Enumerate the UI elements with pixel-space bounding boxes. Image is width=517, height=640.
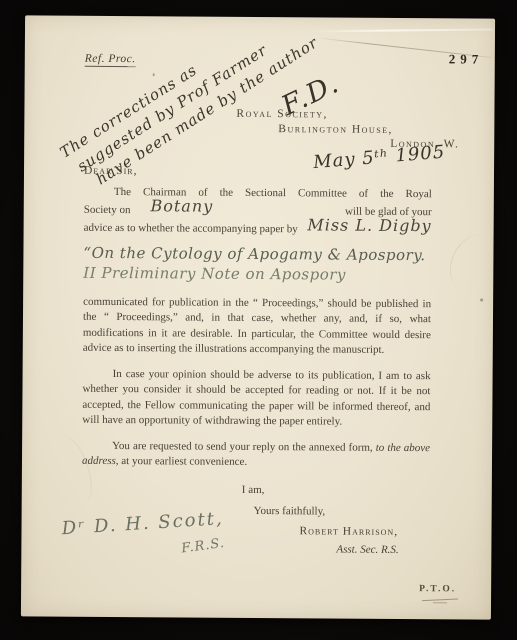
paragraph1-line3: advice as to whether the accompanying pa… [84,217,432,237]
ref-proc-label: Ref. Proc. [85,53,136,67]
letter-body: Dear Sir, The Chairman of the Sectional … [81,164,432,558]
photo-background: Ref. Proc. 297 The corrections as sugges… [0,0,517,640]
paragraph1-line3-text: advice as to whether the accompanying pa… [84,219,298,236]
line-spacer [213,213,345,214]
closing-i-am: I am, [242,482,430,498]
paragraph1-line1: The Chairman of the Sectional Committee … [84,183,432,201]
printers-imprint [422,599,458,603]
handwritten-paper-title-line1: “On the Cytology of Apogamy & Apospory. [83,242,431,264]
paper-speck [480,299,483,302]
pto-label: P.T.O. [419,584,456,594]
letterhead-address-line1: Burlington House, [278,123,393,136]
signatory-title: Asst. Sec. R.S. [336,542,429,558]
paragraph2: In case your opinion should be adverse t… [82,366,430,430]
letter-paper: Ref. Proc. 297 The corrections as sugges… [21,15,495,619]
paper-crease-highlight [311,28,493,32]
closing-valediction: Yours faithfully, [254,503,430,519]
handwritten-author: Miss L. Digby [307,217,431,234]
annotation-line: suggested by Prof Farmer [73,15,311,177]
paragraph1-continued: communicated for publication in the “ Pr… [83,294,431,358]
folio-number: 297 [449,51,484,67]
paragraph1-line2-left: Society on [84,201,131,217]
printers-imprint-line [422,598,458,601]
ink-showthrough [441,227,507,300]
salutation: Dear Sir, [84,164,432,182]
paragraph3-text: at your earliest convenience. [119,455,248,468]
letterhead-org: Royal Society, [236,108,328,121]
signatory-name: Robert Harrison, [299,524,429,540]
paper-speck [153,73,155,76]
paragraph3-text: You are requested to send your reply on … [112,439,376,453]
printers-imprint-line [433,602,447,603]
handwritten-subject: Botany [150,198,213,214]
handwritten-paper-title-line2: II Preliminary Note on Apospory [83,262,431,284]
paragraph3: You are requested to send your reply on … [82,438,430,471]
